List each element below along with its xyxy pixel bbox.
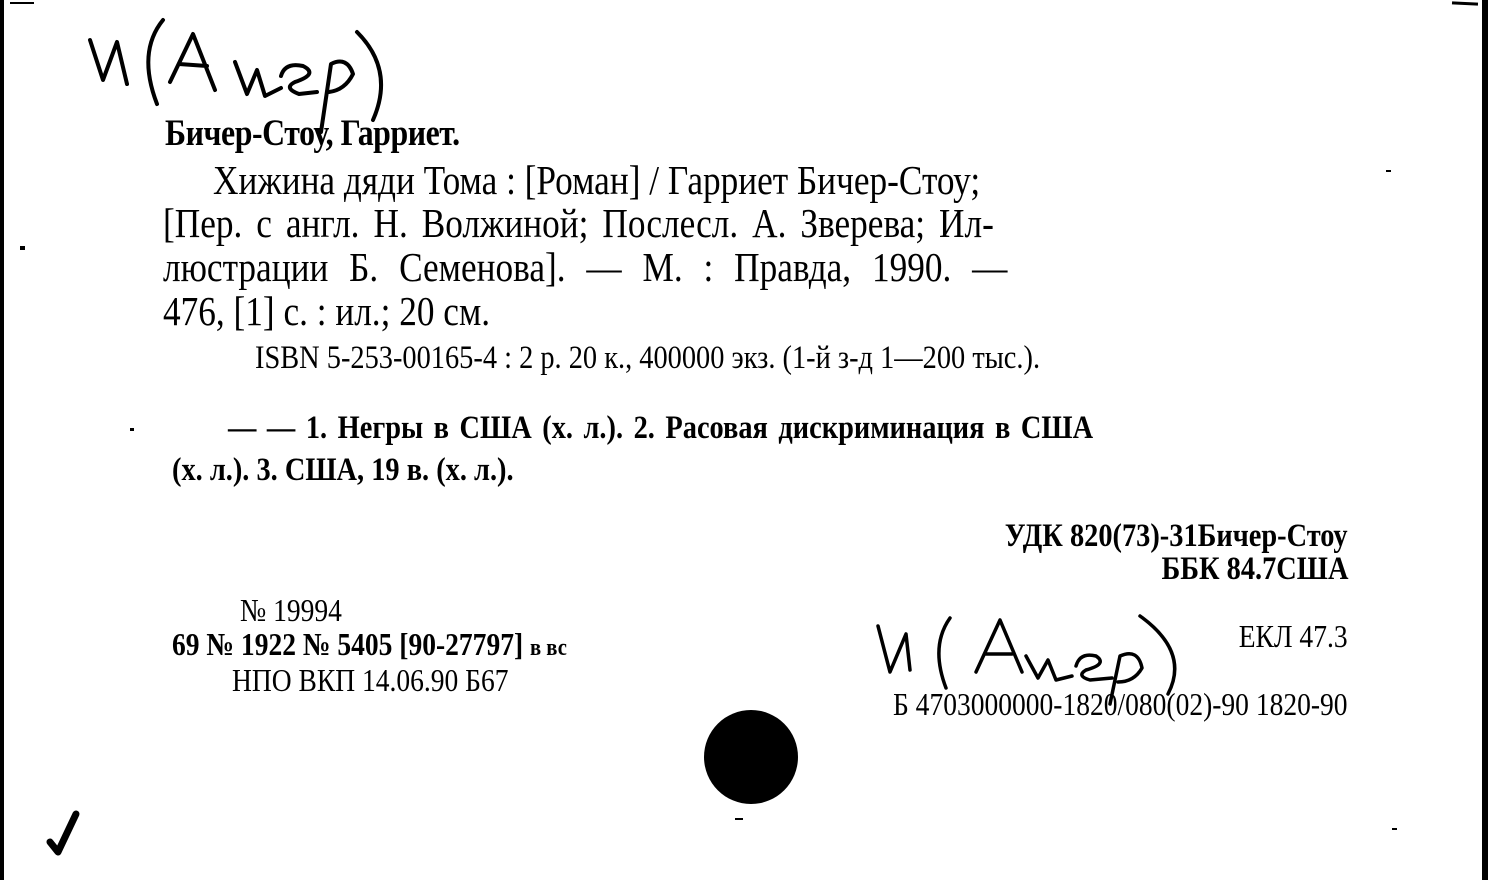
scan-speck	[20, 246, 25, 250]
responsibility-statement: [Пер. с англ. Н. Волжиной; Послесл. А. З…	[163, 199, 994, 247]
catalog-card: Бичер-Стоу, Гарриет. Хижина дяди Тома : …	[0, 0, 1488, 880]
ekl-classification: ЕКЛ 47.3	[1239, 618, 1348, 655]
bbk-classification: ББК 84.7США	[1161, 551, 1348, 588]
card-left-edge	[0, 0, 4, 880]
publication-statement: люстрации Б. Семенова]. — М. : Правда, 1…	[163, 243, 1007, 291]
publisher-code-line: Б 4703000000-1820/080(02)-90 1820-90	[893, 686, 1348, 723]
check-mark-icon	[44, 808, 84, 865]
scan-speck	[735, 818, 743, 820]
card-top-mark	[10, 2, 34, 4]
card-punch-hole	[704, 710, 798, 804]
card-number: № 19994	[240, 592, 342, 629]
subject-headings-line-2: (х. л.). 3. США, 19 в. (х. л.).	[172, 452, 514, 489]
scan-speck	[1386, 170, 1391, 172]
subject-headings-line-1: — — 1. Негры в США (х. л.). 2. Расовая д…	[228, 410, 1093, 447]
udk-classification: УДК 820(73)-31Бичер-Стоу	[1005, 518, 1348, 555]
physical-description: 476, [1] с. : ил.; 20 см.	[163, 287, 490, 335]
title-statement: Хижина дяди Тома : [Роман] / Гарриет Бич…	[213, 156, 980, 204]
order-numbers-text: 69 № 1922 № 5405 [90-27797]	[172, 626, 523, 662]
author-heading: Бичер-Стоу, Гарриет.	[165, 112, 460, 155]
printing-info: НПО ВКП 14.06.90 Б67	[232, 662, 508, 699]
order-numbers: 69 № 1922 № 5405 [90-27797] в вс	[172, 626, 567, 663]
card-top-mark	[1452, 1, 1478, 5]
card-right-edge	[1482, 0, 1488, 880]
order-numbers-suffix: в вс	[530, 635, 567, 661]
scan-speck	[130, 428, 134, 431]
handwritten-shelfmark-top	[85, 12, 405, 127]
isbn-line: ISBN 5-253-00165-4 : 2 р. 20 к., 400000 …	[255, 340, 1040, 377]
scan-speck	[1392, 828, 1397, 830]
